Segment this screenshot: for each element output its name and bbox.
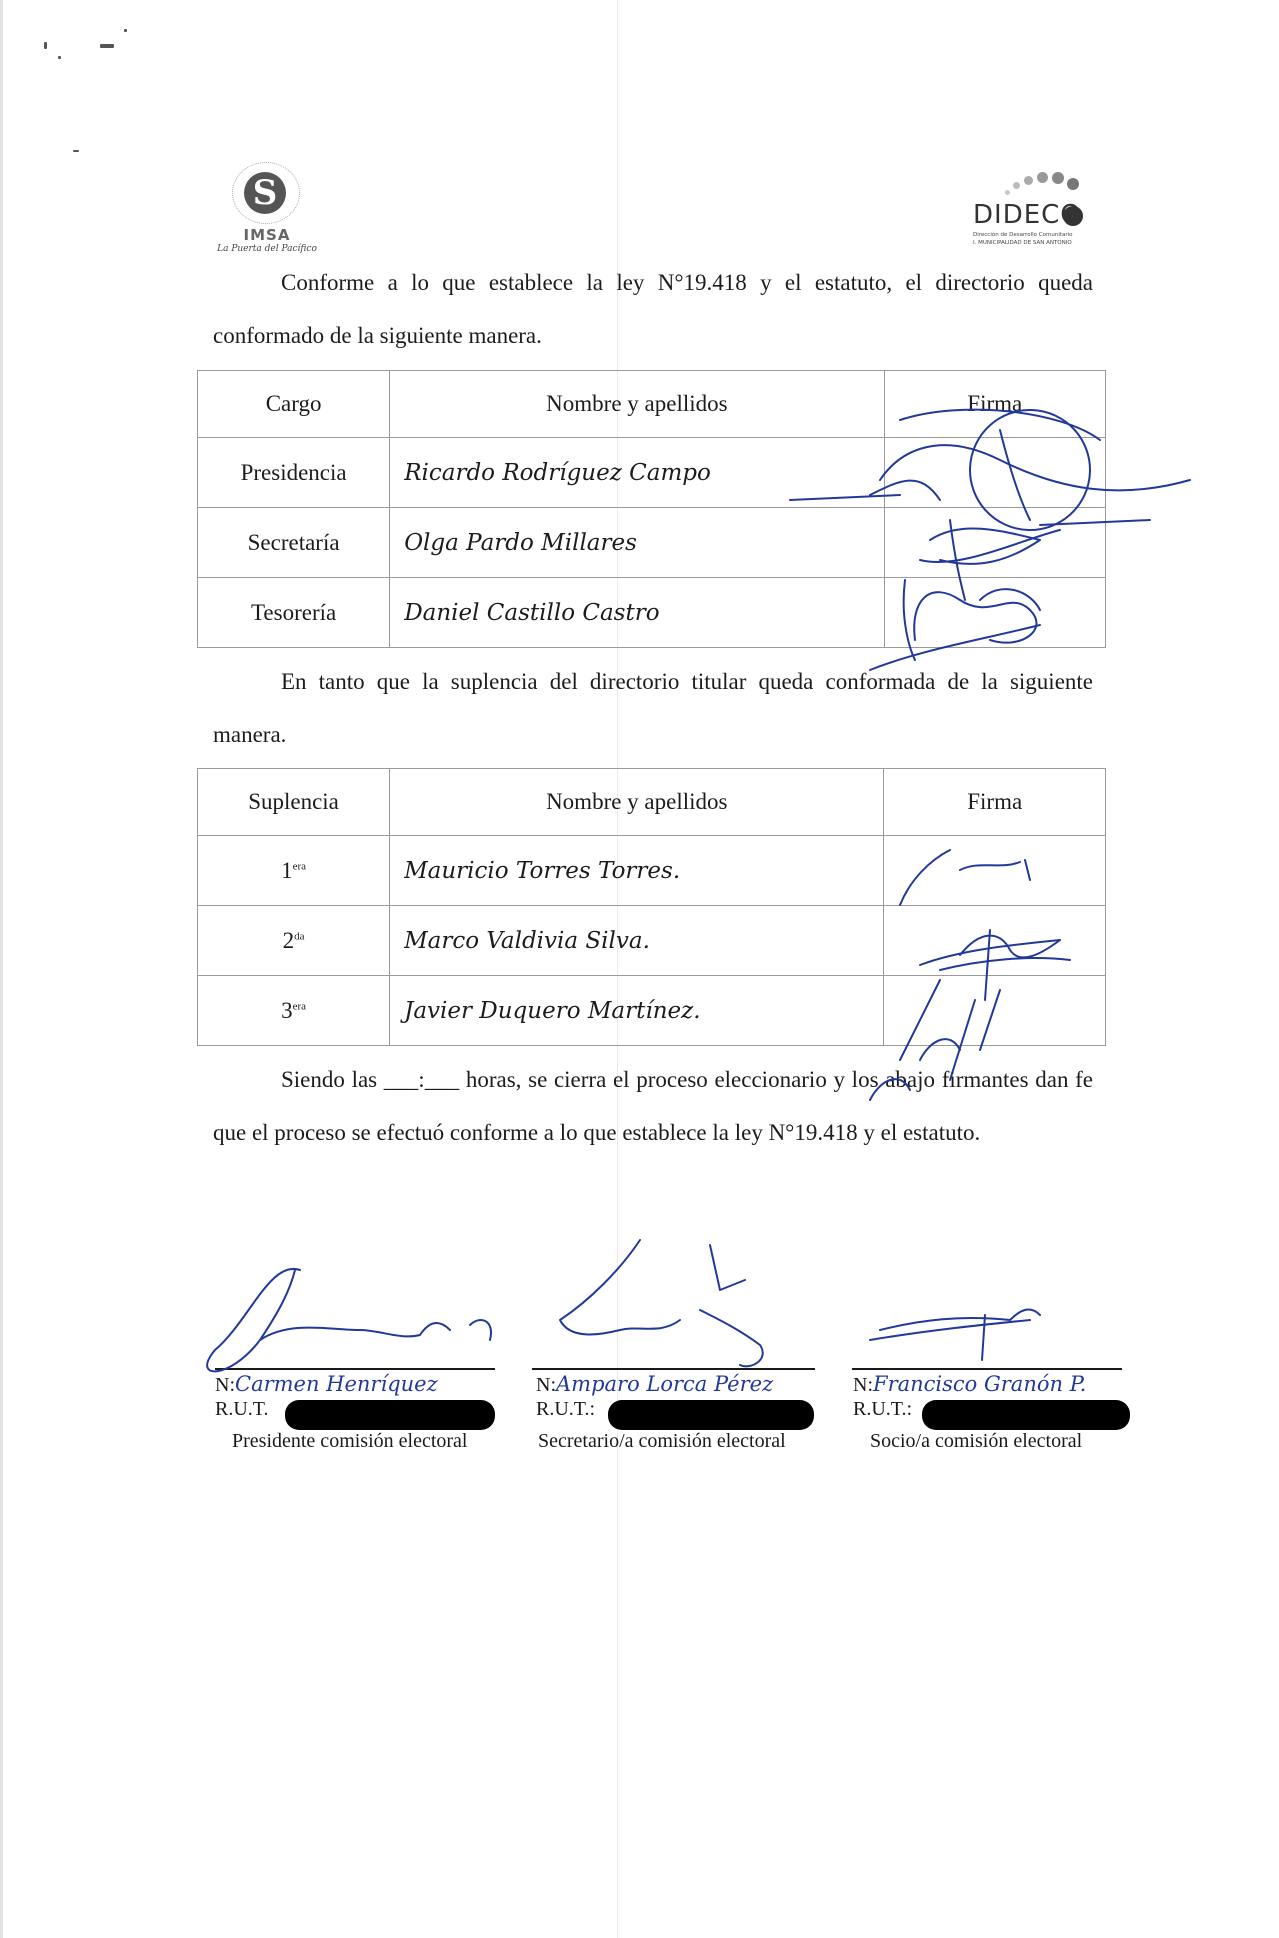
signer-name: N:Amparo Lorca Pérez [536,1372,773,1397]
imsa-name: IMSA [212,226,322,244]
board-table: Cargo Nombre y apellidos Firma Presidenc… [197,370,1106,648]
handwritten-name: Olga Pardo Millares [390,508,884,578]
signature-cell [884,836,1106,906]
scan-speck [58,56,61,59]
dideco-municipality: I. MUNICIPALIDAD DE SAN ANTONIO [973,240,1072,246]
rut-label: R.U.T.: [853,1398,912,1421]
signature-cell [884,578,1105,648]
handwritten-name: Ricardo Rodríguez Campo [390,438,884,508]
imsa-logo-icon: S IMSA La Puerta del Pacífico [212,160,322,256]
handwritten-name: Marco Valdivia Silva. [390,906,884,976]
signature-cell [884,906,1106,976]
rank-cell: 2da [198,906,390,976]
imsa-tagline: La Puerta del Pacífico [212,244,322,254]
signer-role: Presidente comisión electoral [232,1430,467,1453]
cargo-cell: Tesorería [198,578,390,648]
globe-icon [1063,206,1083,226]
header-nombre: Nombre y apellidos [390,769,884,836]
dideco-logo-icon: DIDECO Dirección de Desarrollo Comunitar… [965,170,1100,250]
table-row: Presidencia Ricardo Rodríguez Campo [198,438,1106,508]
header-firma: Firma [884,371,1105,438]
signature-line [852,1368,1122,1370]
table-row: Tesorería Daniel Castillo Castro [198,578,1106,648]
redacted-rut [922,1400,1130,1430]
rut-label: R.U.T. [215,1398,269,1421]
cargo-cell: Presidencia [198,438,390,508]
table-row: 1era Mauricio Torres Torres. [198,836,1106,906]
table-header-row: Cargo Nombre y apellidos Firma [198,371,1106,438]
scan-speck [100,44,114,48]
dideco-subtitle: Dirección de Desarrollo Comunitario [973,232,1073,238]
signature-line [532,1368,815,1370]
signer-name: N:Francisco Granón P. [853,1372,1086,1397]
rank-cell: 3era [198,976,390,1046]
header-firma: Firma [884,769,1106,836]
handwritten-name: Javier Duquero Martínez. [390,976,884,1046]
scan-speck [124,29,127,32]
closing-paragraph: Siendo las ___:___ horas, se cierra el p… [213,1053,1093,1159]
signature-commission-member-icon [870,1310,1040,1360]
signature-cell [884,976,1106,1046]
cargo-cell: Secretaría [198,508,390,578]
header-nombre: Nombre y apellidos [390,371,884,438]
intro-paragraph: Conforme a lo que establece la ley N°19.… [213,256,1093,362]
handwritten-name: Mauricio Torres Torres. [390,836,884,906]
table-row: 2da Marco Valdivia Silva. [198,906,1106,976]
table-row: 3era Javier Duquero Martínez. [198,976,1106,1046]
signature-commission-secretary-icon [560,1240,763,1366]
page-edge [0,0,3,1938]
signer-role: Socio/a comisión electoral [870,1430,1082,1453]
signer-name: N:Carmen Henríquez [215,1372,438,1397]
redacted-rut [285,1400,495,1430]
rut-label: R.U.T.: [536,1398,595,1421]
rank-cell: 1era [198,836,390,906]
handwritten-name: Daniel Castillo Castro [390,578,884,648]
header-suplencia: Suplencia [198,769,390,836]
signature-cell [884,438,1105,508]
redacted-rut [608,1400,814,1430]
table-header-row: Suplencia Nombre y apellidos Firma [198,769,1106,836]
header-cargo: Cargo [198,371,390,438]
substitutes-table: Suplencia Nombre y apellidos Firma 1era … [197,768,1106,1046]
table-row: Secretaría Olga Pardo Millares [198,508,1106,578]
signature-line [215,1368,495,1370]
signature-cell [884,508,1105,578]
signer-role: Secretario/a comisión electoral [538,1430,786,1453]
scan-speck [44,42,47,49]
substitutes-paragraph: En tanto que la suplencia del directorio… [213,655,1093,761]
scan-speck [73,150,79,152]
signature-commission-president-icon [207,1269,491,1371]
